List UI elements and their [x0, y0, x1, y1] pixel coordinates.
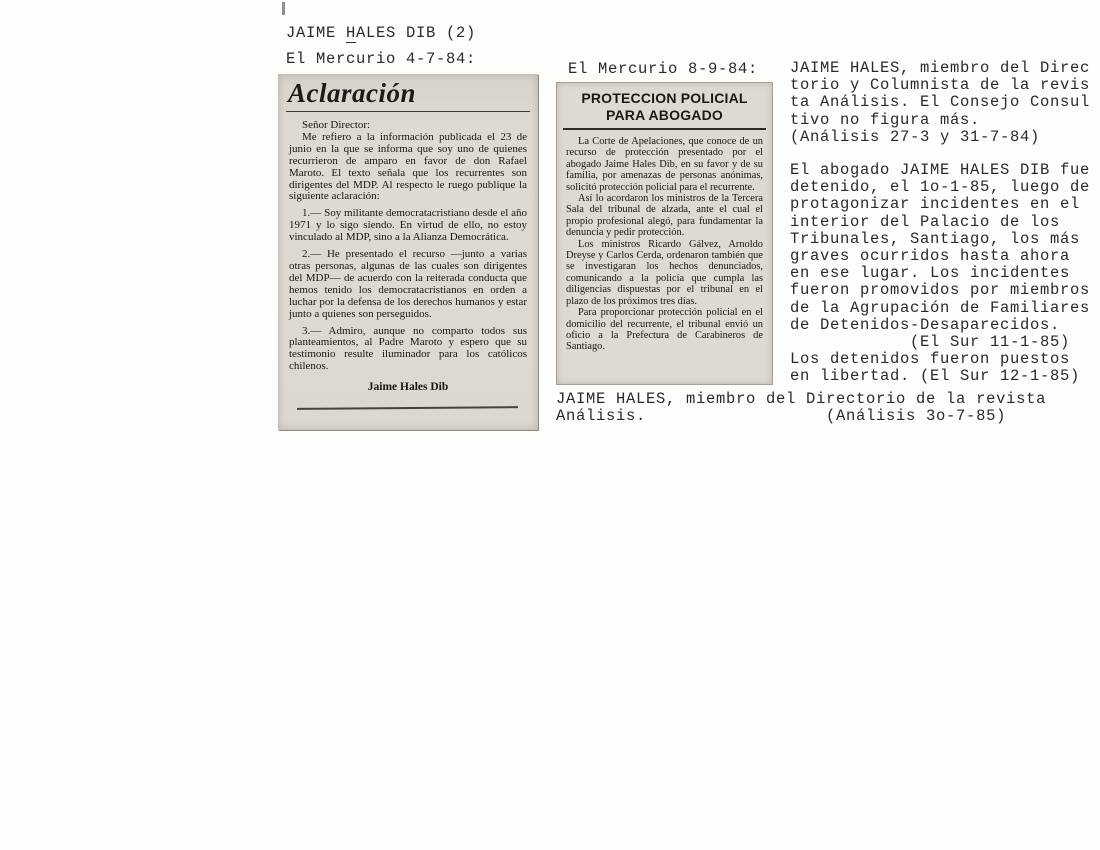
clipping-paragraph: Me refiero a la información publicada el…	[289, 132, 527, 203]
scan-artifact-mark	[282, 2, 285, 15]
clipping-body: Señor Director: Me refiero a la informac…	[278, 112, 538, 421]
scanned-page: JAIME HALES DIB (2) El Mercurio 4-7-84: …	[0, 0, 1100, 850]
typewritten-block-2: El abogado JAIME HALES DIB fue detenido,…	[790, 162, 1100, 351]
typewritten-block-1: JAIME HALES, miembro del Direc torio y C…	[790, 60, 1100, 146]
typewritten-block-3: Los detenidos fueron puestos en libertad…	[790, 351, 1100, 385]
clipping-title-line1: PROTECCION POLICIAL	[565, 90, 764, 107]
source-caption-middle: El Mercurio 8-9-84:	[568, 61, 758, 78]
clipping-proteccion-policial: PROTECCION POLICIAL PARA ABOGADO La Cort…	[556, 82, 773, 385]
page-title-post: ALES DIB (2)	[356, 24, 476, 42]
clipping-paragraph: 3.— Admiro, aunque no comparto todos sus…	[289, 326, 527, 374]
page-title-underlined-letter: H	[346, 24, 356, 43]
signature: Jaime Hales Dib	[289, 382, 527, 394]
typewritten-caption: JAIME HALES, miembro del Directorio de l…	[556, 391, 1046, 425]
clipping-title-proteccion: PROTECCION POLICIAL PARA ABOGADO	[563, 86, 766, 130]
clipping-aclaracion: Aclaración Señor Director: Me refiero a …	[278, 74, 538, 430]
page-title: JAIME HALES DIB (2)	[286, 25, 476, 42]
source-caption-left: El Mercurio 4-7-84:	[286, 51, 476, 68]
clipping-edge-line	[297, 406, 518, 410]
clipping-paragraph: 2.— He presentado el recurso —junto a va…	[289, 249, 527, 320]
clipping-paragraph: Así lo acordaron los ministros de la Ter…	[566, 193, 763, 239]
clipping-paragraph: 1.— Soy militante democratacristiano des…	[289, 208, 527, 244]
page-title-pre: JAIME	[286, 24, 346, 42]
clipping-title-aclaracion: Aclaración	[278, 74, 538, 109]
clipping-paragraph: Para proporcionar protección policial en…	[566, 307, 763, 353]
clipping-paragraph: Los ministros Ricardo Gálvez, Arnoldo Dr…	[566, 239, 763, 307]
clipping-body: La Corte de Apelaciones, que conoce de u…	[557, 130, 772, 361]
clipping-paragraph: La Corte de Apelaciones, que conoce de u…	[566, 136, 763, 193]
typewritten-notes-column: JAIME HALES, miembro del Direc torio y C…	[790, 60, 1100, 386]
clipping-title-line2: PARA ABOGADO	[565, 107, 764, 124]
